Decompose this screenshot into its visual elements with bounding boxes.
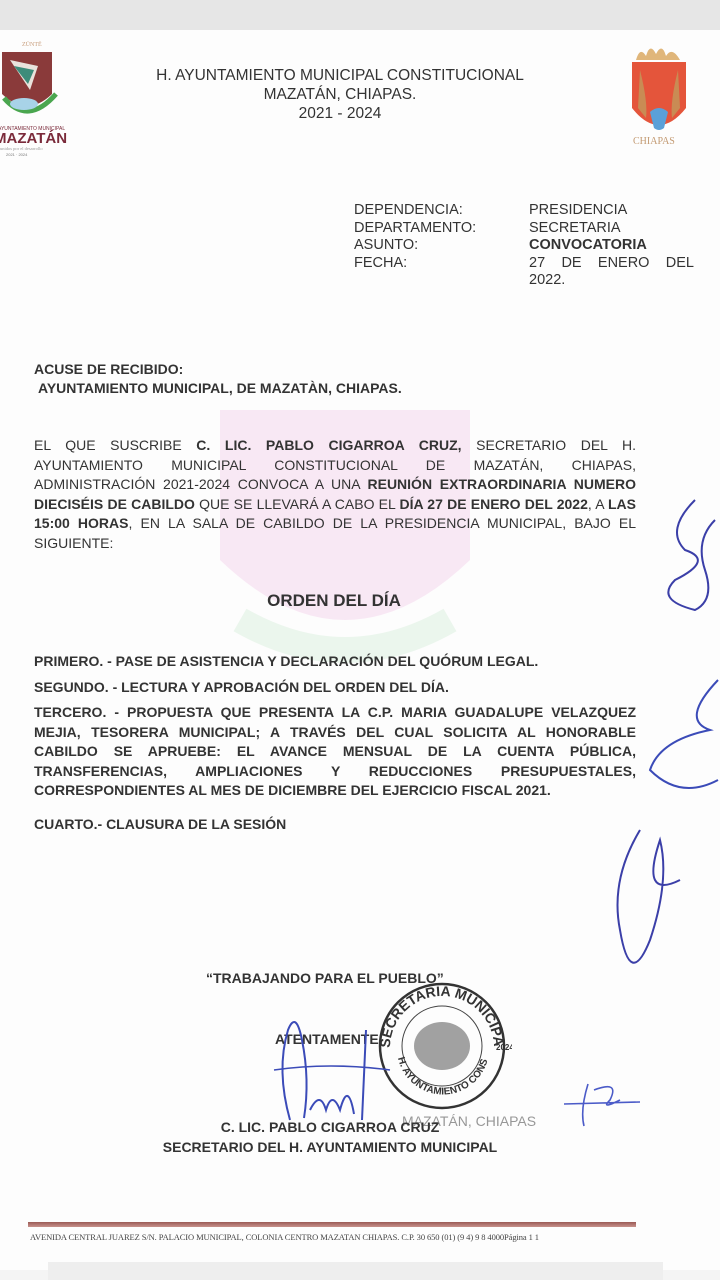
- agenda-title-text: ORDEN DEL DÍA: [267, 591, 401, 610]
- intro-text: , A: [588, 496, 608, 512]
- viewer-bottom-bar: [48, 1262, 663, 1280]
- acknowledgment-title: ACUSE DE RECIBIDO:: [34, 360, 402, 379]
- intro-text: EL QUE SUSCRIBE: [34, 437, 196, 453]
- meta-value: SECRETARIA: [529, 220, 694, 238]
- intro-text: QUE SE LLEVARÁ A CABO EL: [195, 496, 400, 512]
- meta-value: 27 DE ENERO DEL 2022.: [529, 255, 694, 290]
- seal-year: 2024: [496, 1043, 512, 1052]
- agenda-title: ORDEN DEL DÍA: [0, 591, 720, 611]
- meta-value: PRESIDENCIA: [529, 202, 694, 220]
- institution-location: MAZATÁN, CHIAPAS.: [100, 85, 580, 104]
- meta-label: FECHA:: [354, 255, 529, 290]
- meta-row-dependencia: DEPENDENCIA: PRESIDENCIA: [354, 202, 694, 220]
- agenda-item: SEGUNDO. - LECTURA Y APROBACIÓN DEL ORDE…: [34, 678, 636, 698]
- footer-address: AVENIDA CENTRAL JUAREZ S/N. PALACIO MUNI…: [30, 1232, 539, 1242]
- institution-name: H. AYUNTAMIENTO MUNICIPAL CONSTITUCIONAL: [100, 66, 580, 85]
- signer-name-inline: C. LIC. PABLO CIGARROA CRUZ,: [196, 437, 461, 453]
- official-seal-icon: SECRETARIA MUNICIPAL H. AYUNTAMIENTO CON…: [372, 980, 512, 1110]
- chiapas-coat-of-arms-icon: CHIAPAS: [626, 42, 692, 150]
- agenda-item: PRIMERO. - PASE DE ASISTENCIA Y DECLARAC…: [34, 652, 636, 672]
- agenda-item: CUARTO.- CLAUSURA DE LA SESIÓN: [34, 815, 636, 835]
- viewer-top-bar: [0, 0, 720, 31]
- seal-overprint: MAZATÁN, CHIAPAS: [402, 1113, 536, 1129]
- svg-text:MAZATÁN: MAZATÁN: [0, 130, 67, 147]
- signature-block: C. LIC. PABLO CIGARROA CRUZ SECRETARIO D…: [0, 1117, 720, 1157]
- meta-row-asunto: ASUNTO: CONVOCATORIA: [354, 237, 694, 255]
- institution-header: H. AYUNTAMIENTO MUNICIPAL CONSTITUCIONAL…: [100, 66, 580, 123]
- mazatan-municipal-logo-icon: ZÜNTË AYUNTAMIENTO MUNICIPAL MAZATÁN uni…: [0, 36, 70, 156]
- agenda-item: TERCERO. - PROPUESTA QUE PRESENTA LA C.P…: [34, 703, 636, 801]
- footer-divider: [28, 1222, 636, 1227]
- svg-text:2021 · 2024: 2021 · 2024: [6, 152, 28, 156]
- meta-label: ASUNTO:: [354, 237, 529, 255]
- page-number: Página 1 1: [504, 1232, 539, 1242]
- agenda-list: PRIMERO. - PASE DE ASISTENCIA Y DECLARAC…: [34, 652, 636, 840]
- administration-period: 2021 - 2024: [100, 104, 580, 123]
- meta-label: DEPENDENCIA:: [354, 202, 529, 220]
- meta-row-departamento: DEPARTAMENTO: SECRETARIA: [354, 220, 694, 238]
- meta-row-fecha: FECHA: 27 DE ENERO DEL 2022.: [354, 255, 694, 290]
- meta-value: CONVOCATORIA: [529, 237, 694, 255]
- meta-label: DEPARTAMENTO:: [354, 220, 529, 238]
- meeting-date: DÍA 27 DE ENERO DEL 2022: [400, 496, 588, 512]
- svg-text:unidos por el desarrollo: unidos por el desarrollo: [0, 146, 43, 151]
- document-metadata: DEPENDENCIA: PRESIDENCIA DEPARTAMENTO: S…: [354, 202, 694, 290]
- svg-text:CHIAPAS: CHIAPAS: [633, 136, 675, 147]
- acknowledgment-recipient: AYUNTAMIENTO MUNICIPAL, DE MAZATÀN, CHIA…: [34, 379, 402, 398]
- regards: ATENTAMENTE: [275, 1031, 379, 1047]
- footer-address-text: AVENIDA CENTRAL JUAREZ S/N. PALACIO MUNI…: [30, 1232, 504, 1242]
- signer-title: SECRETARIO DEL H. AYUNTAMIENTO MUNICIPAL: [0, 1137, 690, 1157]
- convocation-paragraph: EL QUE SUSCRIBE C. LIC. PABLO CIGARROA C…: [34, 436, 636, 553]
- acknowledgment-block: ACUSE DE RECIBIDO: AYUNTAMIENTO MUNICIPA…: [34, 360, 402, 398]
- svg-text:ZÜNTË: ZÜNTË: [22, 41, 42, 48]
- signer-name: C. LIC. PABLO CIGARROA CRUZ: [0, 1117, 690, 1137]
